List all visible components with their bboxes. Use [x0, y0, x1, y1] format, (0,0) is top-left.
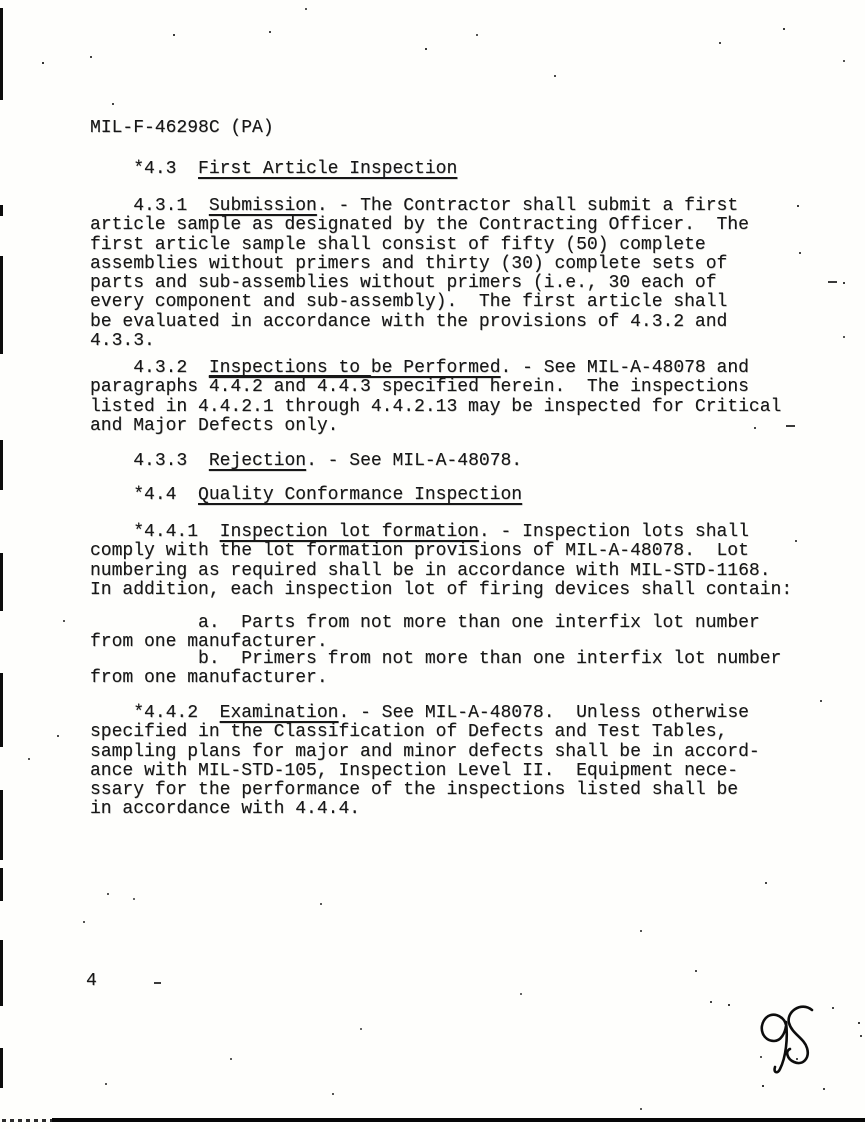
scan-mark: [828, 281, 837, 283]
scan-edge-streak: [0, 673, 3, 747]
scan-edge-streak: [0, 940, 3, 1006]
scan-edge-streak: [0, 868, 3, 901]
scan-speckle: [0, 0, 2, 2]
document-page: MIL-F-46298C (PA) *4.3 First Article Ins…: [0, 0, 865, 1129]
scanned-document: { "doc": { "number": "MIL-F-46298C (PA)"…: [0, 0, 865, 1129]
scan-bottom-edge-dots: [2, 1119, 52, 1122]
scan-edge-streak: [0, 440, 3, 490]
scan-edge-streak: [0, 205, 3, 216]
scan-edge-streak: [0, 308, 3, 354]
scan-mark: [786, 425, 795, 427]
scan-edge-streak: [0, 1048, 3, 1088]
scan-bottom-edge: [52, 1118, 865, 1122]
scan-edge-streak: [0, 8, 3, 100]
scan-edge-streak: [0, 553, 3, 611]
scan-mark: [154, 982, 161, 984]
handwritten-page-mark: 95: [0, 0, 865, 1129]
handwriting-95-drawing: [0, 0, 865, 1129]
scan-edge-streak: [0, 790, 3, 860]
